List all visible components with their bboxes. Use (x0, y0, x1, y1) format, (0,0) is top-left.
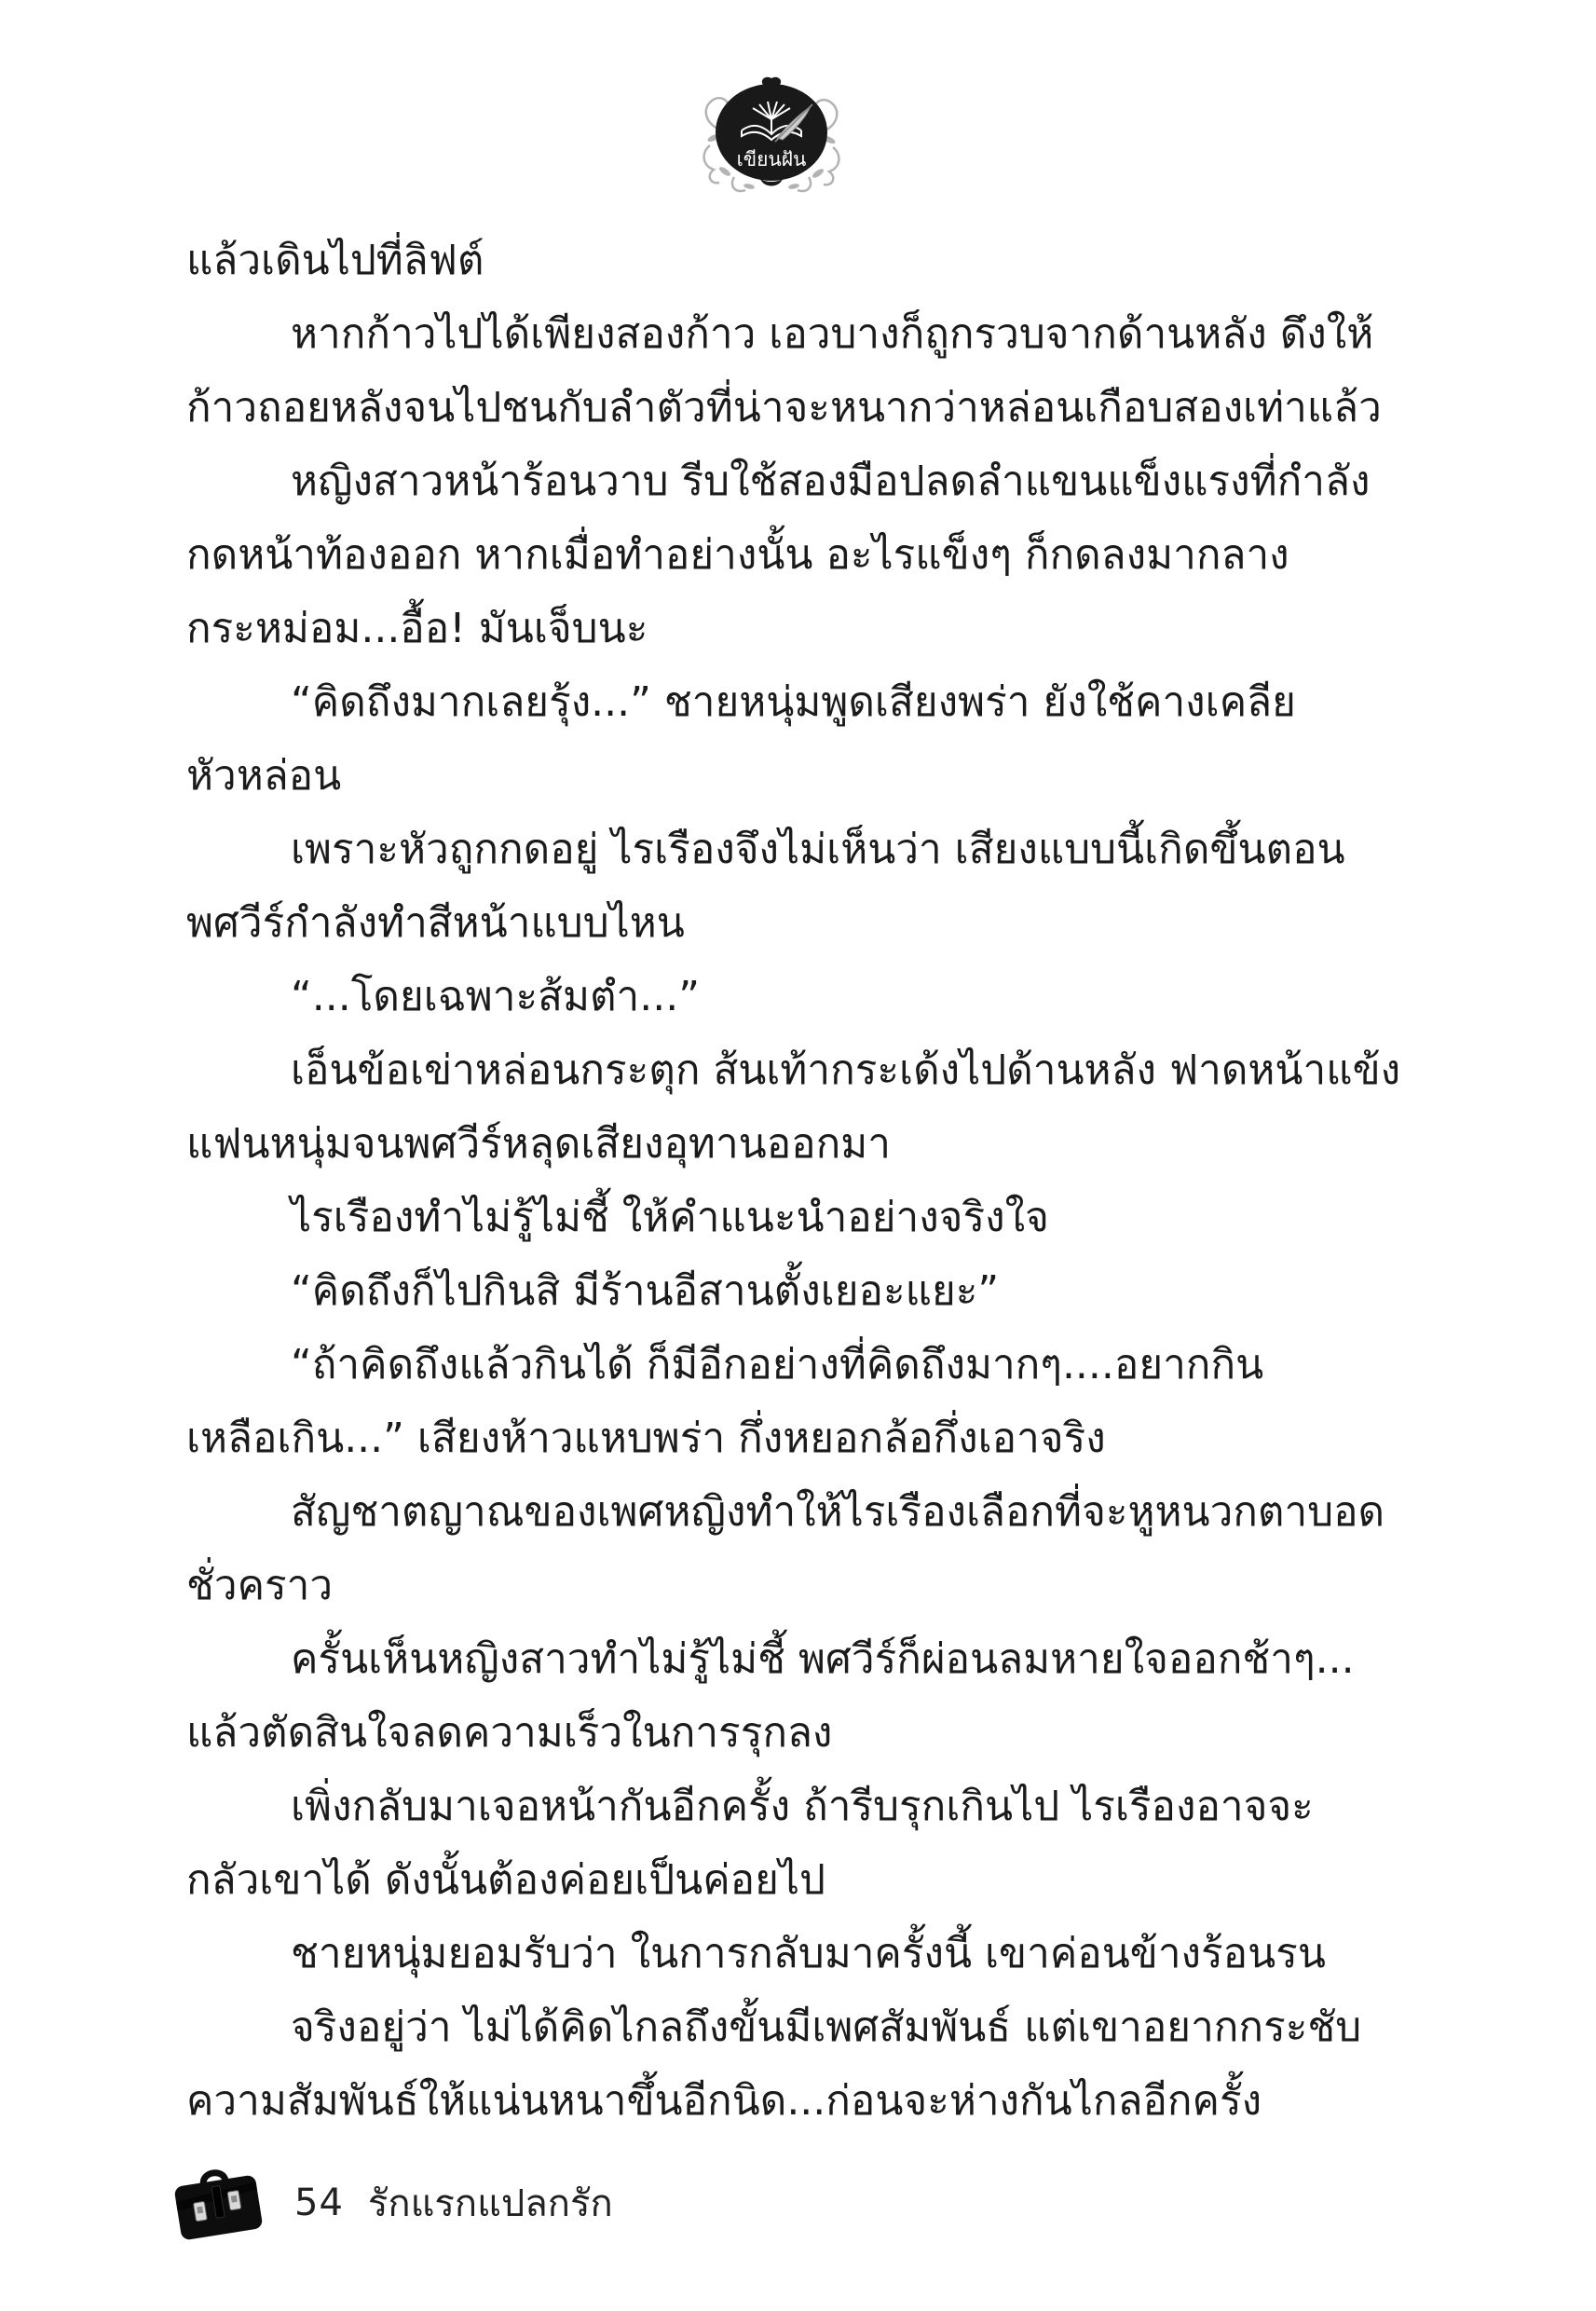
text-line: แล้วเดินไปที่ลิฟต์ (186, 224, 1427, 297)
text-line: จริงอยู่ว่า ไม่ได้คิดไกลถึงขั้นมีเพศสัมพ… (186, 1990, 1427, 2064)
text-line: เอ็นข้อเข่าหล่อนกระตุก ส้นเท้ากระเด้งไปด… (186, 1033, 1427, 1107)
text-line: เพิ่งกลับมาเจอหน้ากันอีกครั้ง ถ้ารีบรุกเ… (186, 1770, 1427, 1843)
text-line: ชั่วคราว (186, 1549, 1427, 1622)
publisher-emblem: เขียนฝัน (697, 73, 846, 194)
text-line: หัวหล่อน (186, 739, 1427, 813)
text-line: หญิงสาวหน้าร้อนวาบ รีบใช้สองมือปลดลำแขนแ… (186, 444, 1427, 518)
text-line: กดหน้าท้องออก หากเมื่อทำอย่างนั้น อะไรแข… (186, 518, 1427, 592)
text-line: กระหม่อม...อื้อ! มันเจ็บนะ (186, 592, 1427, 665)
text-line: แฟนหนุ่มจนพศวีร์หลุดเสียงอุทานออกมา (186, 1107, 1427, 1181)
book-page: เขียนฝัน แล้วเดินไปที่ลิฟต์ หากก้าวไปได้… (0, 0, 1596, 2311)
clasp-right (227, 2190, 241, 2210)
page-number: 54 (294, 2181, 344, 2224)
text-line: เพราะหัวถูกกดอยู่ ไรเรืองจึงไม่เห็นว่า เ… (186, 813, 1427, 886)
text-line: แล้วตัดสินใจลดความเร็วในการรุกลง (186, 1696, 1427, 1770)
open-book-quill-logo-icon: เขียนฝัน (697, 73, 846, 194)
text-line: สัญชาตญาณของเพศหญิงทำให้ไรเรืองเลือกที่จ… (186, 1475, 1427, 1549)
text-line: ความสัมพันธ์ให้แน่นหนาขึ้นอีกนิด...ก่อนจ… (186, 2064, 1427, 2138)
text-line: ชายหนุ่มยอมรับว่า ในการกลับมาครั้งนี้ เข… (186, 1917, 1427, 1990)
body-text: แล้วเดินไปที่ลิฟต์ หากก้าวไปได้เพียงสองก… (186, 224, 1427, 2138)
text-line: หากก้าวไปได้เพียงสองก้าว เอวบางก็ถูกรวบจ… (186, 297, 1427, 371)
text-line: ก้าวถอยหลังจนไปชนกับลำตัวที่น่าจะหนากว่า… (186, 371, 1427, 444)
text-line: “ถ้าคิดถึงแล้วกินได้ ก็มีอีกอย่างที่คิดถ… (186, 1328, 1427, 1402)
text-line: ไรเรืองทำไม่รู้ไม่ชี้ ให้คำแนะนำอย่างจริ… (186, 1181, 1427, 1254)
text-line: พศวีร์กำลังทำสีหน้าแบบไหน (186, 886, 1427, 960)
text-line: กลัวเขาได้ ดังนั้นต้องค่อยเป็นค่อยไป (186, 1843, 1427, 1917)
page-footer: 54 รักแรกแปลกรัก (166, 2158, 613, 2248)
book-title: รักแรกแปลกรัก (368, 2173, 613, 2233)
text-line: “คิดถึงมากเลยรุ้ง...” ชายหนุ่มพูดเสียงพร… (186, 665, 1427, 739)
publisher-name-label: เขียนฝัน (737, 148, 807, 171)
text-line: ครั้นเห็นหญิงสาวทำไม่รู้ไม่ชี้ พศวีร์ก็ผ… (186, 1622, 1427, 1696)
text-line: เหลือเกิน...” เสียงห้าวแหบพร่า กึ่งหยอกล… (186, 1402, 1427, 1475)
text-line: “...โดยเฉพาะส้มตำ...” (186, 960, 1427, 1033)
briefcase-icon (166, 2158, 270, 2248)
text-line: “คิดถึงก็ไปกินสิ มีร้านอีสานตั้งเยอะแยะ” (186, 1254, 1427, 1328)
clasp-left (193, 2201, 207, 2222)
